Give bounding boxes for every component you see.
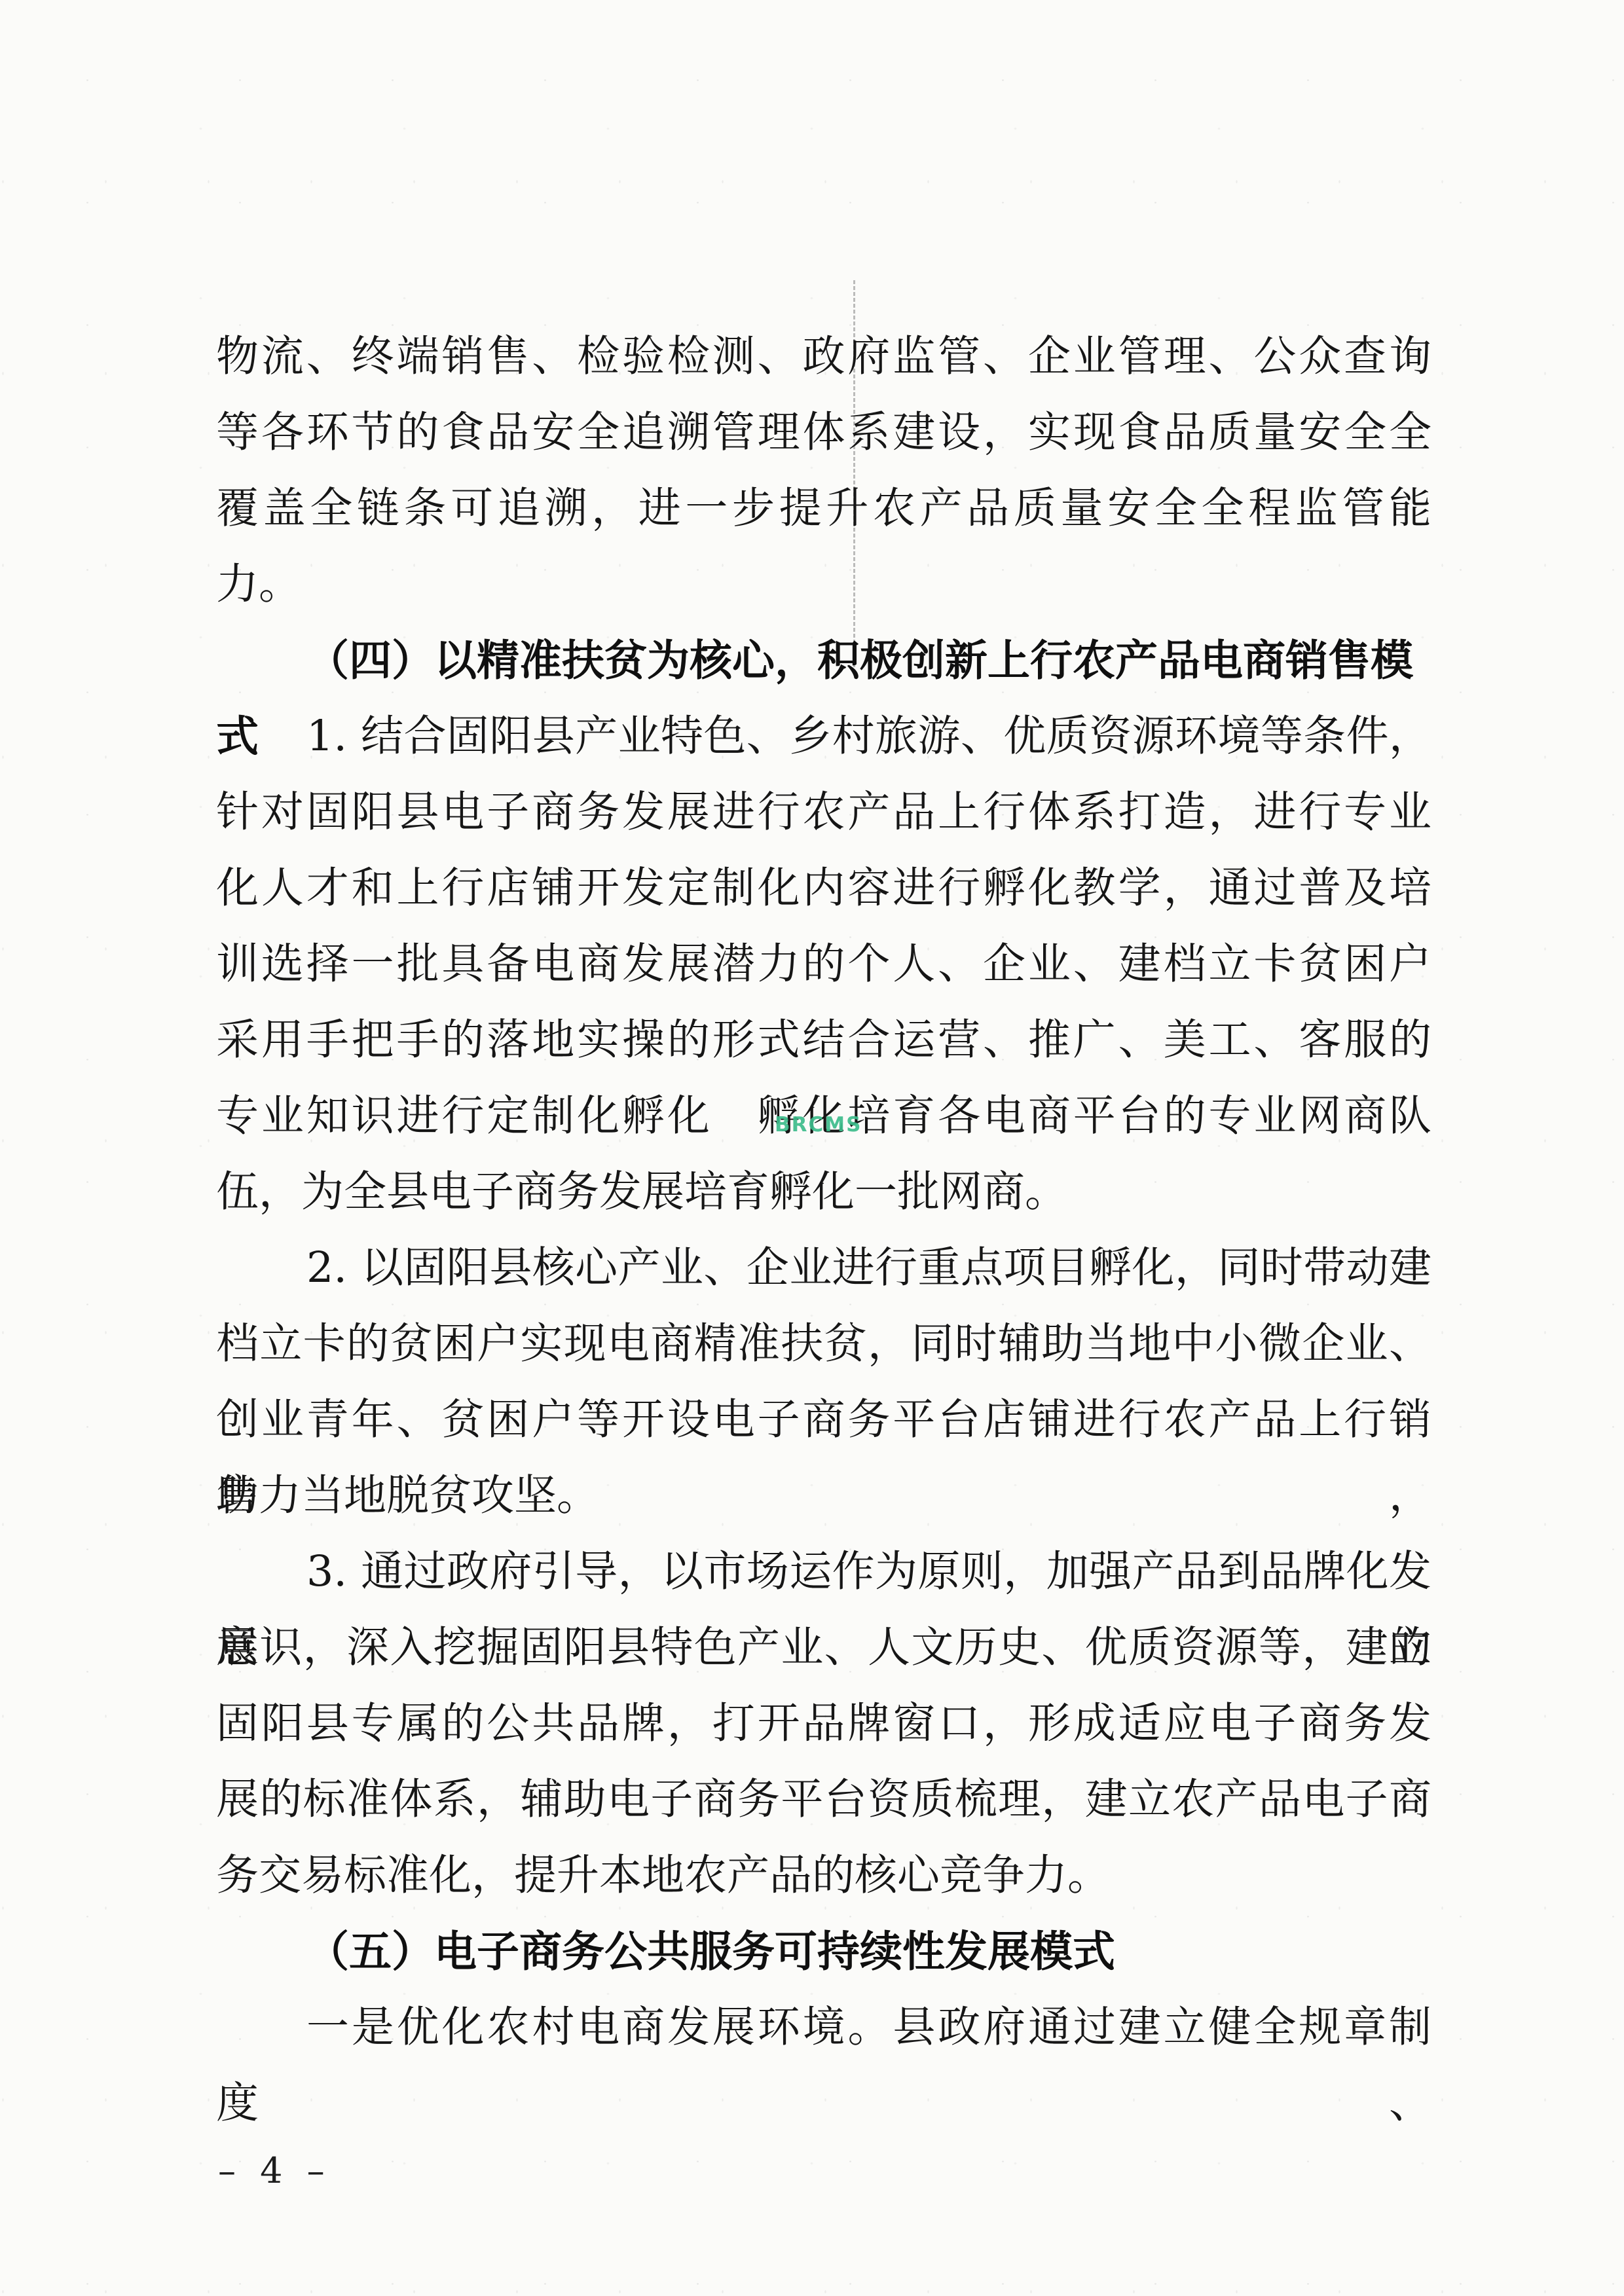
numbered-item-line: 3. 通过政府引导，以市场运作为原则，加强产品到品牌化发展的 — [216, 1534, 1431, 1610]
body-line: 覆盖全链条可追溯，进一步提升农产品质量安全全程监管能 — [216, 471, 1431, 547]
numbered-item-line: 1. 结合固阳县产业特色、乡村旅游、优质资源环境等条件， — [216, 699, 1431, 774]
body-line: 等各环节的食品安全追溯管理体系建设，实现食品质量安全全 — [216, 395, 1431, 471]
body-line: 伍，为全县电子商务发展培育孵化一批网商。 — [216, 1154, 1431, 1230]
section-heading-four: （四）以精准扶贫为核心，积极创新上行农产品电商销售模式 — [216, 623, 1431, 699]
body-line: 展的标准体系，辅助电子商务平台资质梳理，建立农产品电子商 — [216, 1762, 1431, 1838]
body-line: 档立卡的贫困户实现电商精准扶贫，同时辅助当地中小微企业、 — [216, 1306, 1431, 1382]
body-line: 针对固阳县电子商务发展进行农产品上行体系打造，进行专业 — [216, 774, 1431, 850]
scanned-document-page: 物流、终端销售、检验检测、政府监管、企业管理、公众查询 等各环节的食品安全追溯管… — [0, 0, 1624, 2296]
brcms-watermark: BRCMS — [775, 1113, 862, 1137]
document-text-block: 物流、终端销售、检验检测、政府监管、企业管理、公众查询 等各环节的食品安全追溯管… — [216, 319, 1431, 2066]
page-number: – 4 – — [218, 2150, 331, 2191]
section-heading-five: （五）电子商务公共服务可持续性发展模式 — [216, 1914, 1431, 1990]
body-line: 化人才和上行店铺开发定制化内容进行孵化教学，通过普及培 — [216, 850, 1431, 926]
body-line: 创业青年、贫困户等开设电子商务平台店铺进行农产品上行销售， — [216, 1382, 1431, 1458]
body-line: 物流、终端销售、检验检测、政府监管、企业管理、公众查询 — [216, 319, 1431, 395]
body-line: 一是优化农村电商发展环境。县政府通过建立健全规章制度、 — [216, 1990, 1431, 2066]
body-line: 意识，深入挖掘固阳县特色产业、人文历史、优质资源等，建立 — [216, 1610, 1431, 1686]
body-line: 固阳县专属的公共品牌，打开品牌窗口，形成适应电子商务发 — [216, 1686, 1431, 1762]
body-line: 训选择一批具备电商发展潜力的个人、企业、建档立卡贫困户 — [216, 926, 1431, 1002]
body-line: 务交易标准化，提升本地农产品的核心竞争力。 — [216, 1838, 1431, 1914]
body-line: 力。 — [216, 547, 1431, 623]
numbered-item-line: 2. 以固阳县核心产业、企业进行重点项目孵化，同时带动建 — [216, 1230, 1431, 1306]
body-line: 采用手把手的落地实操的形式结合运营、推广、美工、客服的 — [216, 1002, 1431, 1078]
